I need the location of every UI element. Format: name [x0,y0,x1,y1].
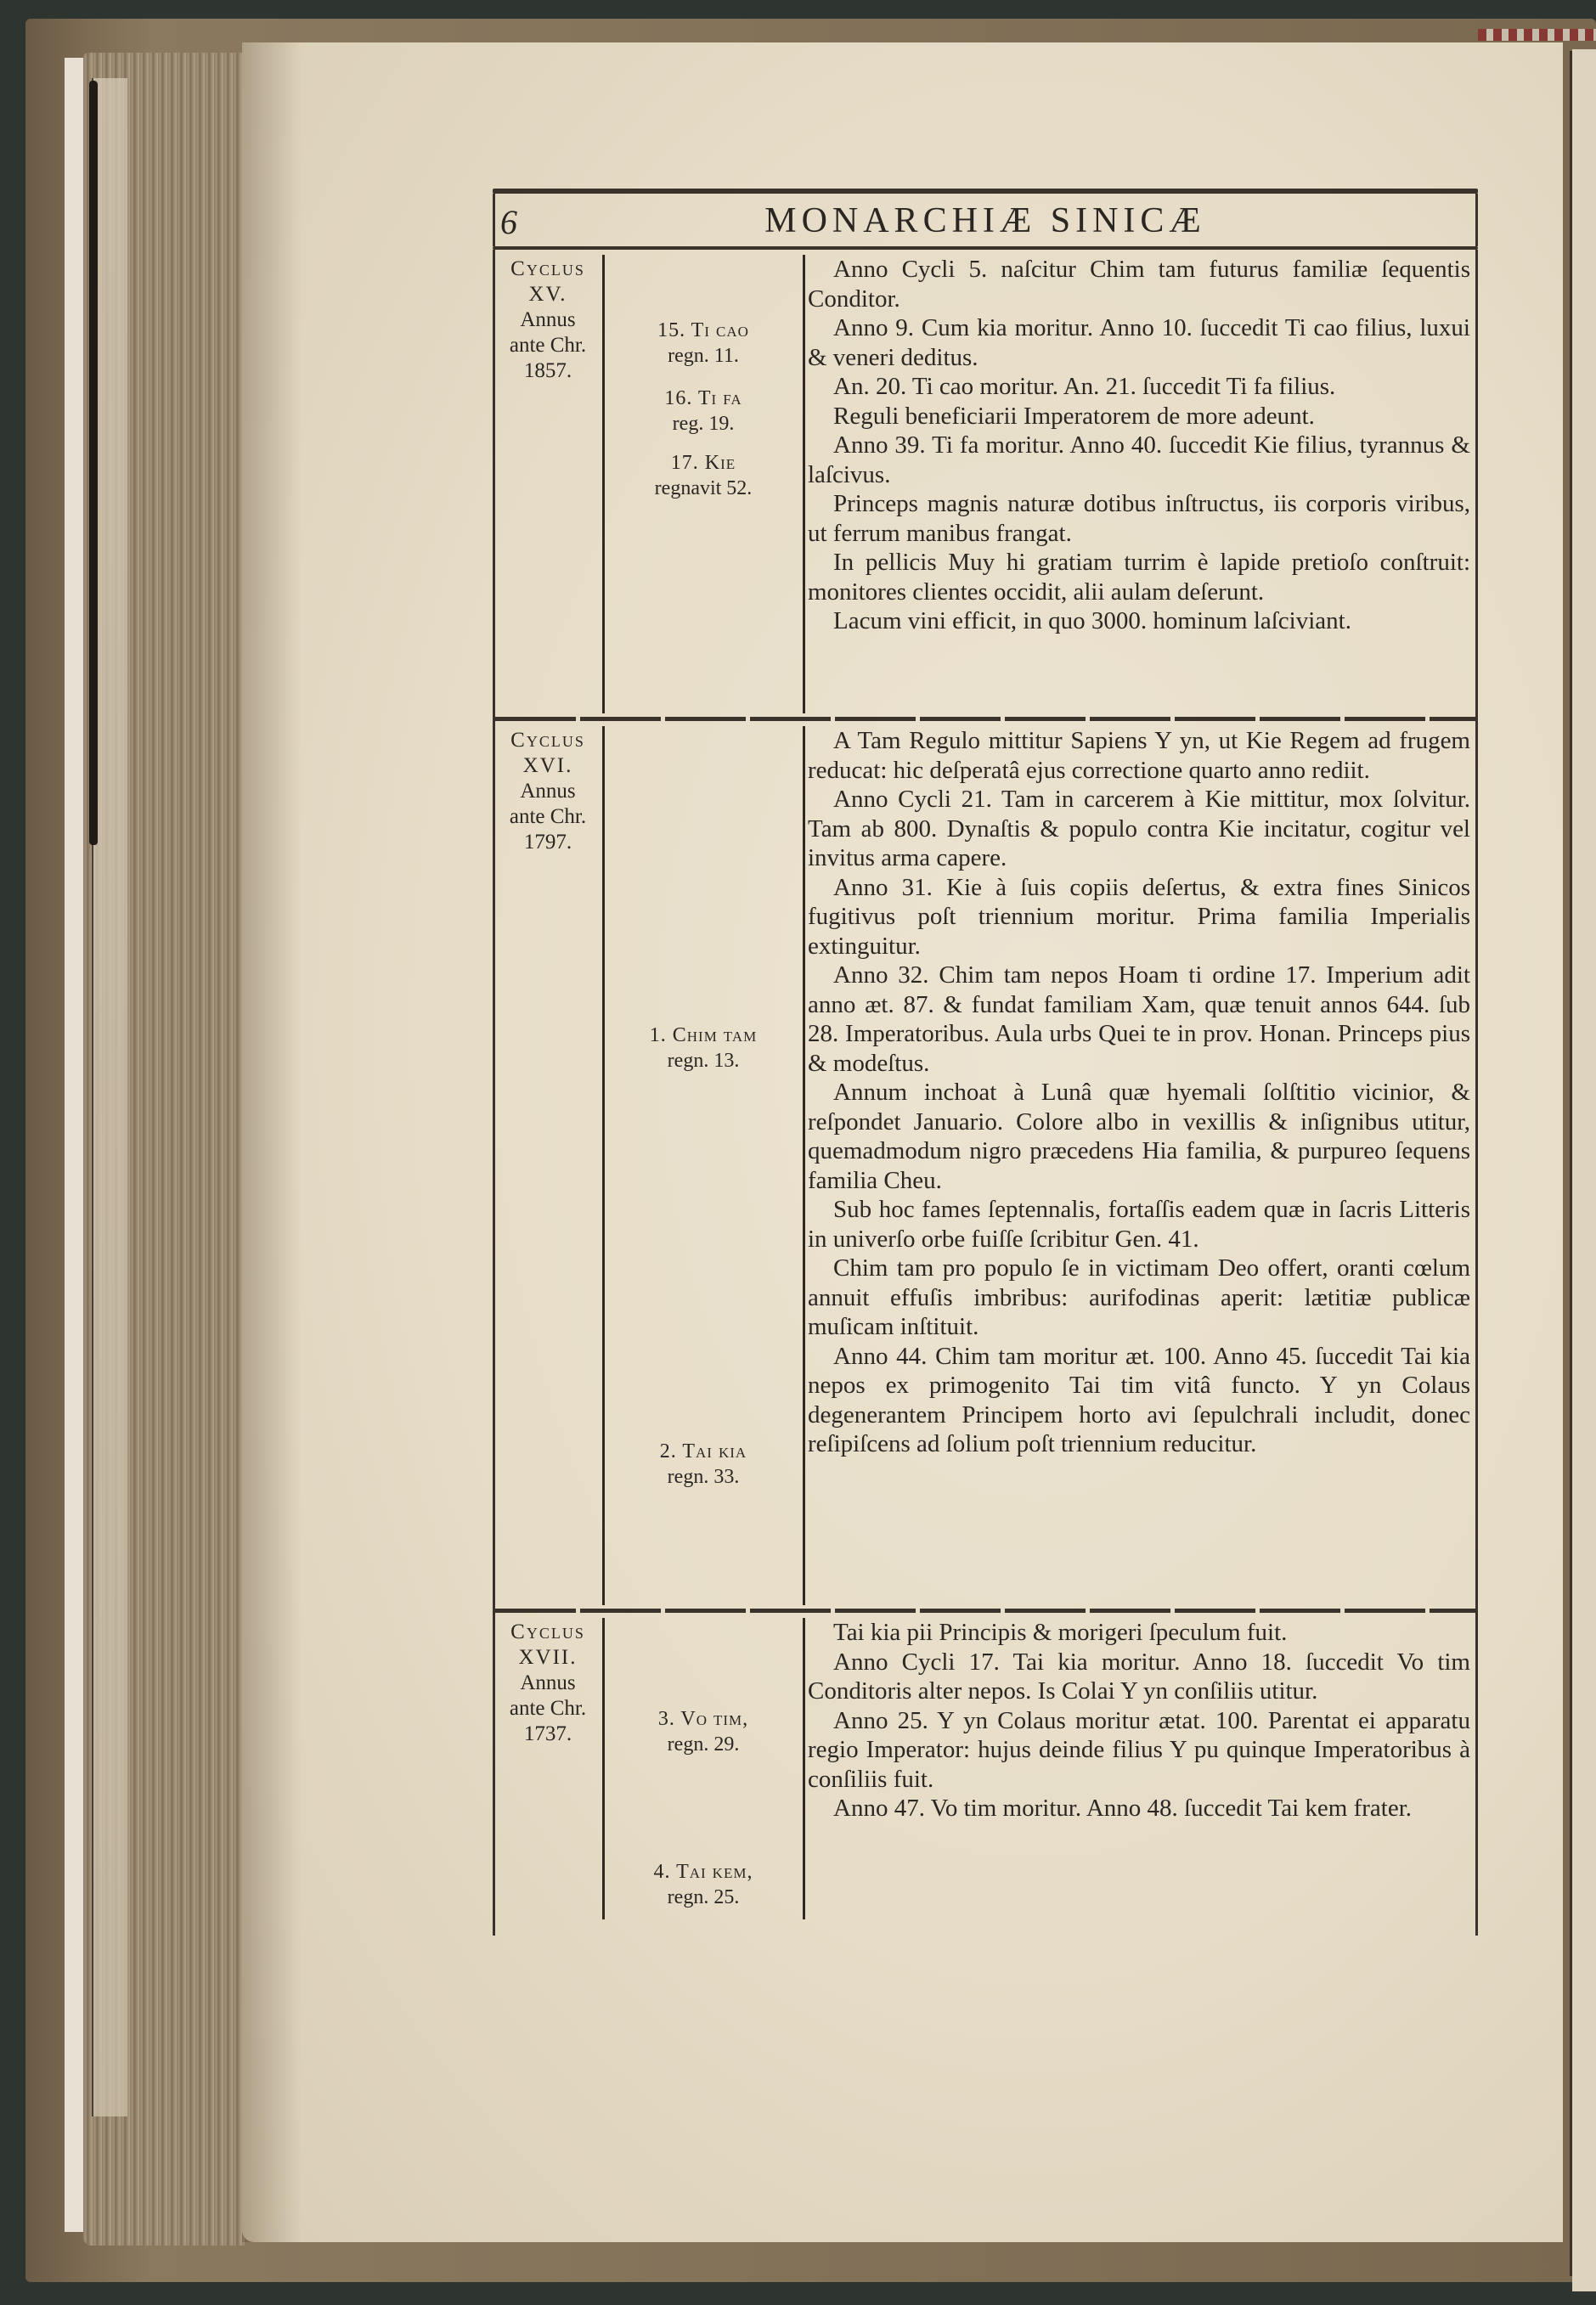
paragraph: Chim tam pro populo ſe in victimam Deo o… [808,1254,1470,1342]
king-reign: regn. 13. [606,1048,801,1074]
ante-chr: ante Chr. [495,804,601,830]
column-rule [602,726,605,1605]
king-reign: regn. 33. [606,1464,801,1490]
cycle-numeral: XVII. [495,1645,601,1671]
printed-frame: 6 MONARCHIÆ SINICÆ Cyclus XV. Annus ante… [493,189,1478,1936]
cycle-year: 1737. [495,1722,601,1747]
cycle-section-xvi: Cyclus XVI. Annus ante Chr. 1797. 1. Chi… [493,721,1478,1613]
paragraph: In pellicis Muy hi gratiam turrim è lapi… [808,548,1470,606]
cycle-label: Cyclus XVI. Annus ante Chr. 1797. [495,721,601,855]
king-entry: 3. Vo tim, regn. 29. [606,1706,801,1757]
cycle-word: Cyclus [495,1620,601,1645]
gutter [1570,51,1572,2276]
king-reign: regn. 11. [606,343,801,369]
king-name: 15. Ti cao [606,318,801,343]
king-entry: 16. Ti fa reg. 19. [606,386,801,437]
paragraph: Anno 9. Cum kia moritur. Anno 10. ſucced… [808,313,1470,372]
page-edges [83,53,245,2246]
paragraph: Reguli beneficiarii Imperatorem de more … [808,402,1470,431]
cycle-section-xv: Cyclus XV. Annus ante Chr. 1857. 15. Ti … [493,250,1478,721]
cycle-word: Cyclus [495,728,601,753]
cycle-label: Cyclus XVII. Annus ante Chr. 1737. [495,1613,601,1747]
king-name: 2. Tai kia [606,1439,801,1464]
column-rule [803,1618,805,1919]
king-entry: 2. Tai kia regn. 33. [606,1439,801,1490]
running-title: MONARCHIÆ SINICÆ [495,200,1475,241]
annus-word: Annus [495,307,601,333]
cycle-numeral: XV. [495,282,601,307]
paragraph: A Tam Regulo mittitur Sapiens Y yn, ut K… [808,726,1470,785]
text-column: Tai kia pii Principis & morigeri ſpeculu… [808,1613,1470,1823]
king-entry: 15. Ti cao regn. 11. [606,318,801,369]
column-rule [803,255,805,713]
paragraph: Sub hoc fames ſeptennalis, fortaſſis ead… [808,1195,1470,1254]
cycle-year: 1797. [495,830,601,855]
ante-chr: ante Chr. [495,333,601,358]
paragraph: Anno 31. Kie à ſuis copiis deſertus, & e… [808,873,1470,961]
paragraph: Tai kia pii Principis & morigeri ſpeculu… [808,1618,1470,1648]
torn-leaf [89,81,98,846]
king-reign: reg. 19. [606,411,801,437]
text-column: Anno Cycli 5. naſcitur Chim tam futurus … [808,250,1470,636]
text-column: A Tam Regulo mittitur Sapiens Y yn, ut K… [808,721,1470,1459]
cycle-numeral: XVI. [495,753,601,779]
paragraph: Anno Cycli 21. Tam in carcerem à Kie mit… [808,785,1470,873]
paragraph: Princeps magnis naturæ dotibus inſtructu… [808,489,1470,548]
paragraph: Annum inchoat à Lunâ quæ hyemali ſolſtit… [808,1078,1470,1195]
paragraph: Anno Cycli 17. Tai kia moritur. Anno 18.… [808,1648,1470,1706]
column-rule [803,726,805,1605]
paragraph: Anno Cycli 5. naſcitur Chim tam futurus … [808,255,1470,313]
king-name: 3. Vo tim, [606,1706,801,1732]
king-name: 16. Ti fa [606,386,801,411]
king-name: 4. Tai kem, [606,1859,801,1885]
cycle-word: Cyclus [495,256,601,282]
king-entry: 1. Chim tam regn. 13. [606,1023,801,1074]
king-reign: regnavit 52. [606,476,801,501]
paragraph: An. 20. Ti cao moritur. An. 21. ſuccedit… [808,372,1470,402]
headband [1478,29,1596,41]
cycle-year: 1857. [495,358,601,384]
king-name: 17. Kie [606,450,801,476]
annus-word: Annus [495,779,601,804]
king-reign: regn. 29. [606,1732,801,1757]
page-header: 6 MONARCHIÆ SINICÆ [493,194,1478,246]
page-shadow [242,42,302,2242]
flyleaf [65,58,85,2232]
king-entry: 4. Tai kem, regn. 25. [606,1859,801,1910]
cycle-section-xvii: Cyclus XVII. Annus ante Chr. 1737. 3. Vo… [493,1613,1478,1936]
king-entry: 17. Kie regnavit 52. [606,450,801,501]
annus-word: Annus [495,1671,601,1696]
king-reign: regn. 25. [606,1885,801,1910]
column-rule [602,1618,605,1919]
paragraph: Anno 44. Chim tam moritur æt. 100. Anno … [808,1342,1470,1459]
facing-page-edge [1572,49,1596,2291]
paragraph: Anno 25. Y yn Colaus moritur ætat. 100. … [808,1706,1470,1795]
ante-chr: ante Chr. [495,1696,601,1722]
paragraph: Lacum vini efficit, in quo 3000. hominum… [808,606,1470,636]
cycle-label: Cyclus XV. Annus ante Chr. 1857. [495,250,601,384]
king-name: 1. Chim tam [606,1023,801,1048]
paragraph: Anno 47. Vo tim moritur. Anno 48. ſucced… [808,1794,1470,1823]
paragraph: Anno 32. Chim tam nepos Hoam ti ordine 1… [808,961,1470,1078]
paragraph: Anno 39. Ti fa moritur. Anno 40. ſuccedi… [808,431,1470,489]
column-rule [602,255,605,713]
